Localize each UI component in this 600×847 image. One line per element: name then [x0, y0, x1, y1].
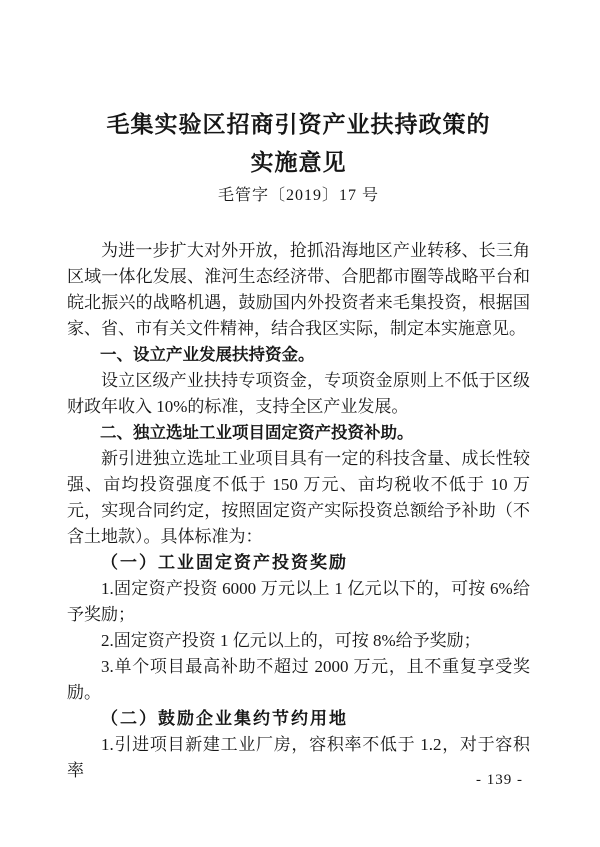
section-heading-1: 一、设立产业发展扶持资金。	[67, 342, 530, 368]
document-title: 毛集实验区招商引资产业扶持政策的 实施意见	[67, 0, 530, 182]
body-paragraph: 设立区级产业扶持专项资金，专项资金原则上不低于区级财政年收入 10%的标准，支持…	[67, 368, 530, 420]
document-body: 为进一步扩大对外开放，抢抓沿海地区产业转移、长三角区域一体化发展、淮河生态经济带…	[67, 238, 530, 784]
sub-heading-2: （二）鼓励企业集约节约用地	[67, 706, 530, 732]
document-title-line1: 毛集实验区招商引资产业扶持政策的	[67, 106, 530, 144]
body-paragraph: 3.单个项目最高补助不超过 2000 万元，且不重复享受奖励。	[67, 654, 530, 706]
sub-heading-1: （一）工业固定资产投资奖励	[67, 550, 530, 576]
page-number: - 139 -	[476, 771, 523, 789]
section-heading-2: 二、独立选址工业项目固定资产投资补助。	[67, 420, 530, 446]
body-paragraph: 1.固定资产投资 6000 万元以上 1 亿元以下的，可按 6%给予奖励；	[67, 576, 530, 628]
document-title-line2: 实施意见	[67, 144, 530, 182]
document-page: 毛集实验区招商引资产业扶持政策的 实施意见 毛管字〔2019〕17 号 为进一步…	[0, 0, 600, 847]
document-content: 毛集实验区招商引资产业扶持政策的 实施意见 毛管字〔2019〕17 号 为进一步…	[0, 0, 600, 784]
document-number: 毛管字〔2019〕17 号	[67, 184, 530, 208]
body-paragraph: 为进一步扩大对外开放，抢抓沿海地区产业转移、长三角区域一体化发展、淮河生态经济带…	[67, 238, 530, 342]
body-paragraph: 2.固定资产投资 1 亿元以上的，可按 8%给予奖励；	[67, 628, 530, 654]
body-paragraph: 1.引进项目新建工业厂房，容积率不低于 1.2，对于容积率	[67, 732, 530, 784]
body-paragraph: 新引进独立选址工业项目具有一定的科技含量、成长性较强、亩均投资强度不低于 150…	[67, 446, 530, 550]
